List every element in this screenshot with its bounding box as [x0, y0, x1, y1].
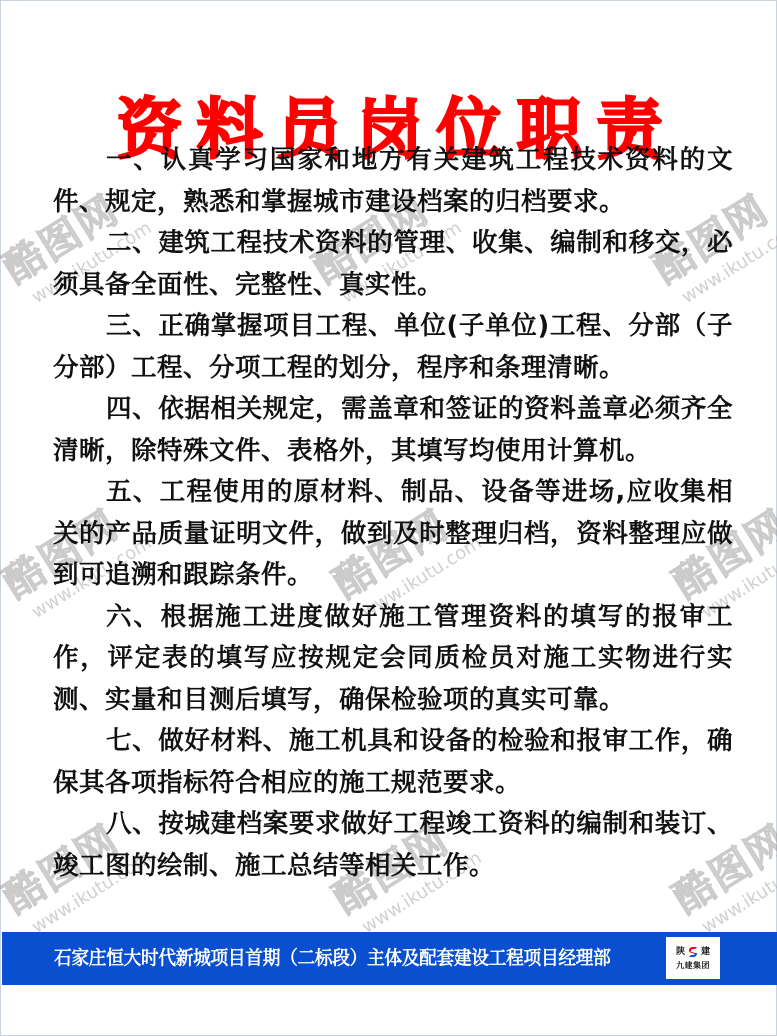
duty-item: 三、正确掌握项目工程、单位(子单位)工程、分部（子分部）工程、分项工程的划分，程… — [53, 306, 733, 389]
logo-subtitle: 九建集团 — [676, 960, 710, 971]
duty-item: 七、做好材料、施工机具和设备的检验和报审工作，确保其各项指标符合相应的施工规范要… — [53, 721, 733, 804]
duty-item: 六、根据施工进度做好施工管理资料的填写的报审工作，评定表的填写应按规定会同质检员… — [53, 597, 733, 722]
duty-item: 二、建筑工程技术资料的管理、收集、编制和移交，必须具备全面性、完整性、真实性。 — [53, 223, 733, 306]
duty-item: 四、依据相关规定，需盖章和签证的资料盖章必须齐全清晰，除特殊文件、表格外，其填写… — [53, 389, 733, 472]
logo-top-row: 陕 建 — [676, 946, 710, 958]
shaanxi-construction-s-mark-icon — [687, 946, 699, 958]
duty-item: 五、工程使用的原材料、制品、设备等进场,应收集相关的产品质量证明文件，做到及时整… — [53, 472, 733, 597]
duty-item: 一、认真学习国家和地方有关建筑工程技术资料的文件、规定，熟悉和掌握城市建设档案的… — [53, 140, 733, 223]
logo-char-right: 建 — [701, 946, 710, 958]
logo-char-left: 陕 — [676, 946, 685, 958]
duty-item: 八、按城建档案要求做好工程竣工资料的编制和装订、竣工图的绘制、施工总结等相关工作… — [53, 804, 733, 887]
footer-band: 石家庄恒大时代新城项目首期（二标段）主体及配套建设工程项目经理部 陕 建 九建集… — [2, 932, 777, 985]
poster-page: 酷图网 www.ikutu.com 酷图网 www.ikutu.com 酷图网 … — [0, 0, 777, 1036]
duties-list: 一、认真学习国家和地方有关建筑工程技术资料的文件、规定，熟悉和掌握城市建设档案的… — [53, 140, 733, 887]
organization-name: 石家庄恒大时代新城项目首期（二标段）主体及配套建设工程项目经理部 — [54, 932, 611, 985]
company-logo: 陕 建 九建集团 — [666, 937, 720, 979]
